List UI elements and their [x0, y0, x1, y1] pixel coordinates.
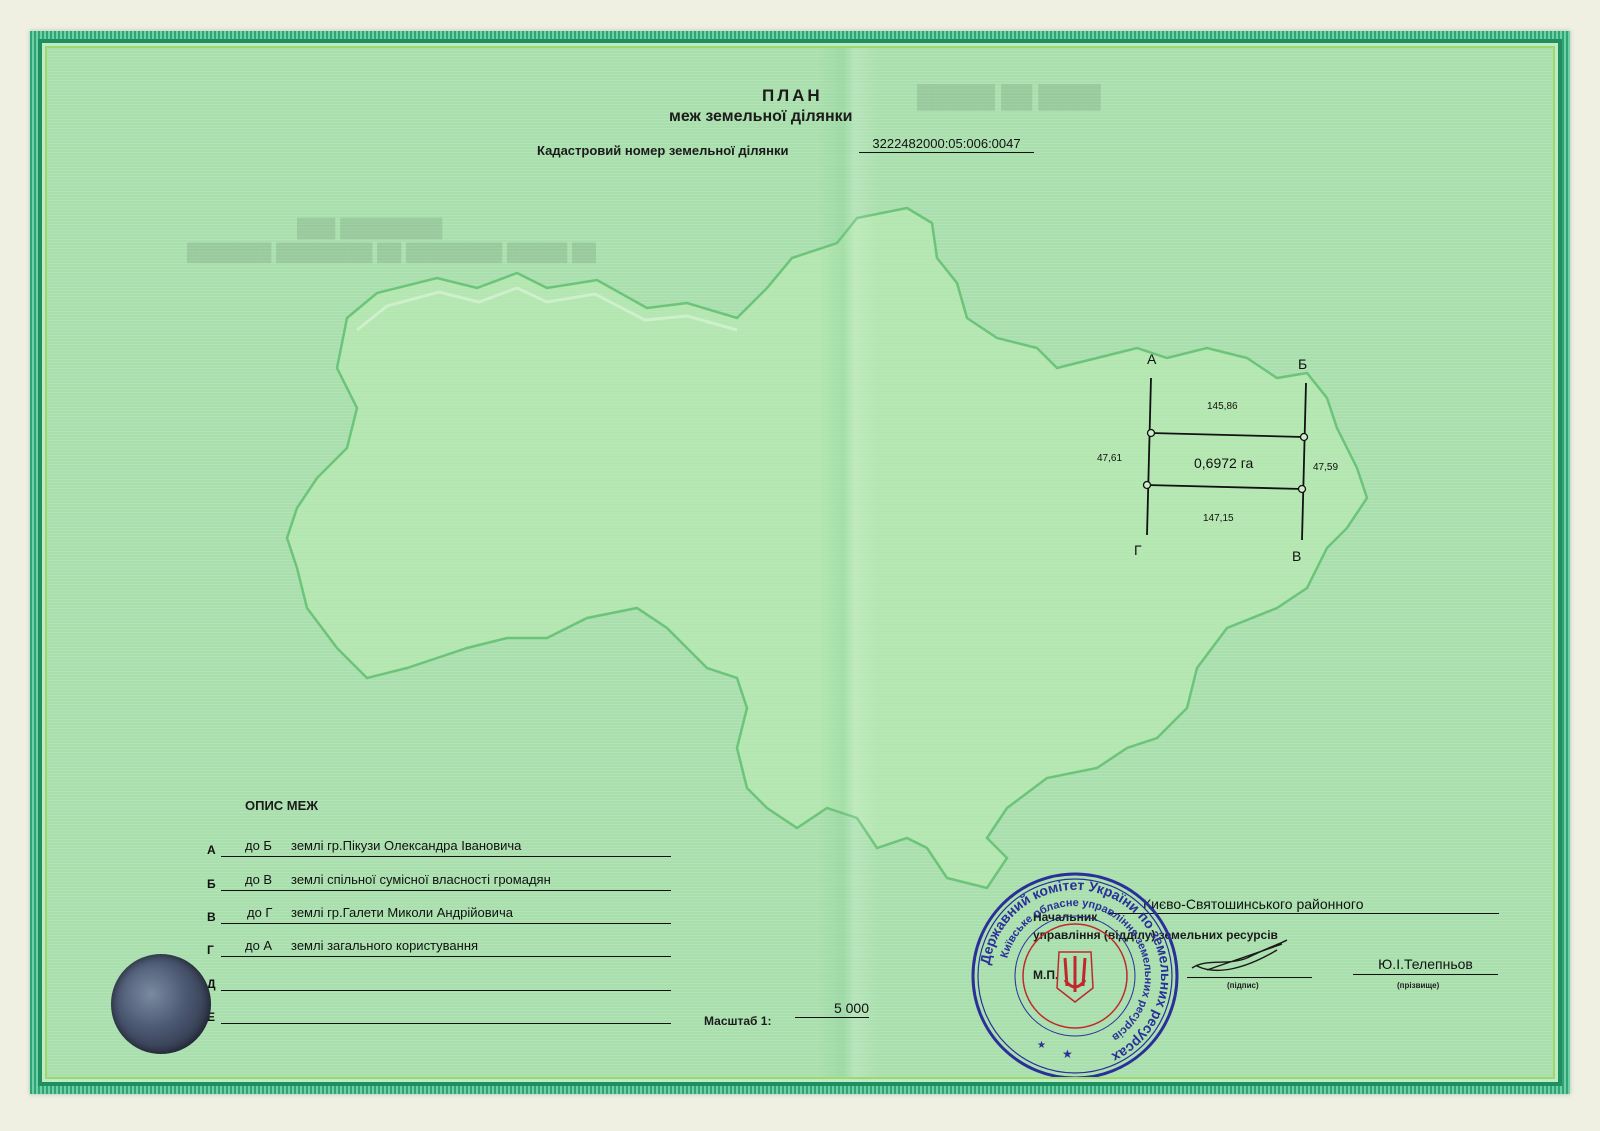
corner-label-g: Г	[1134, 542, 1142, 558]
boundary-letter: А	[207, 843, 219, 857]
boundary-desc: землі гр.Пікузи Олександра Івановича	[291, 838, 521, 853]
boundary-row: Б до В землі спільної сумісної власності…	[207, 872, 677, 892]
boundary-letter: Б	[207, 877, 219, 891]
boundary-desc: землі загального користування	[291, 938, 478, 953]
boundary-to: до В	[245, 872, 272, 887]
svg-text:★: ★	[1037, 1040, 1046, 1051]
side-length-ga: 47,61	[1097, 453, 1122, 464]
side-length-bv: 47,59	[1313, 462, 1338, 473]
signer-name: Ю.І.Телепньов	[1353, 956, 1498, 975]
hologram-seal	[111, 954, 211, 1054]
official-stamp: Державний комітет України по земельних р…	[967, 868, 1183, 1077]
boundary-row: Е	[207, 1005, 677, 1025]
side-length-vg: 147,15	[1203, 513, 1234, 524]
surname-caption: (прізвище)	[1397, 981, 1439, 990]
boundary-row: В до Г землі гр.Галети Миколи Андрійович…	[207, 905, 677, 925]
cadastral-label: Кадастровий номер земельної ділянки	[537, 143, 788, 158]
signature-caption: (підпис)	[1227, 981, 1259, 990]
boundary-desc: землі гр.Галети Миколи Андрійовича	[291, 905, 513, 920]
boundary-to: до Б	[245, 838, 272, 853]
boundary-row: Г до А землі загального користування	[207, 938, 677, 958]
side-length-ab: 145,86	[1207, 401, 1238, 412]
boundary-row: Д	[207, 972, 677, 992]
boundary-letter: В	[207, 910, 219, 924]
stamp-star-icon: ★	[1062, 1047, 1073, 1061]
boundary-to: до Г	[247, 905, 272, 920]
boundary-to: до А	[245, 938, 272, 953]
fold-line	[819, 48, 879, 1077]
scale-label: Масштаб 1:	[704, 1014, 771, 1028]
scale-value: 5 000	[795, 1000, 869, 1018]
document-field: ████████ ███ ██ █████ ████████ ██ ██████…	[47, 48, 1553, 1077]
boundary-desc: землі спільної сумісної власності громад…	[291, 872, 551, 887]
signature-line	[1187, 963, 1312, 978]
boundary-row: А до Б землі гр.Пікузи Олександра Іванов…	[207, 838, 677, 858]
boundary-letter: Г	[207, 943, 219, 957]
document-border: ████████ ███ ██ █████ ████████ ██ ██████…	[30, 31, 1570, 1094]
corner-label-v: В	[1292, 548, 1301, 564]
cadastral-number: 3222482000:05:006:0047	[859, 136, 1034, 153]
boundaries-title: ОПИС МЕЖ	[245, 798, 318, 813]
page-subtitle: меж земельної ділянки	[669, 108, 852, 126]
corner-label-b: Б	[1298, 356, 1307, 372]
plot-area: 0,6972 га	[1194, 455, 1253, 471]
page-title: ПЛАН	[762, 86, 823, 106]
corner-label-a: А	[1147, 351, 1156, 367]
